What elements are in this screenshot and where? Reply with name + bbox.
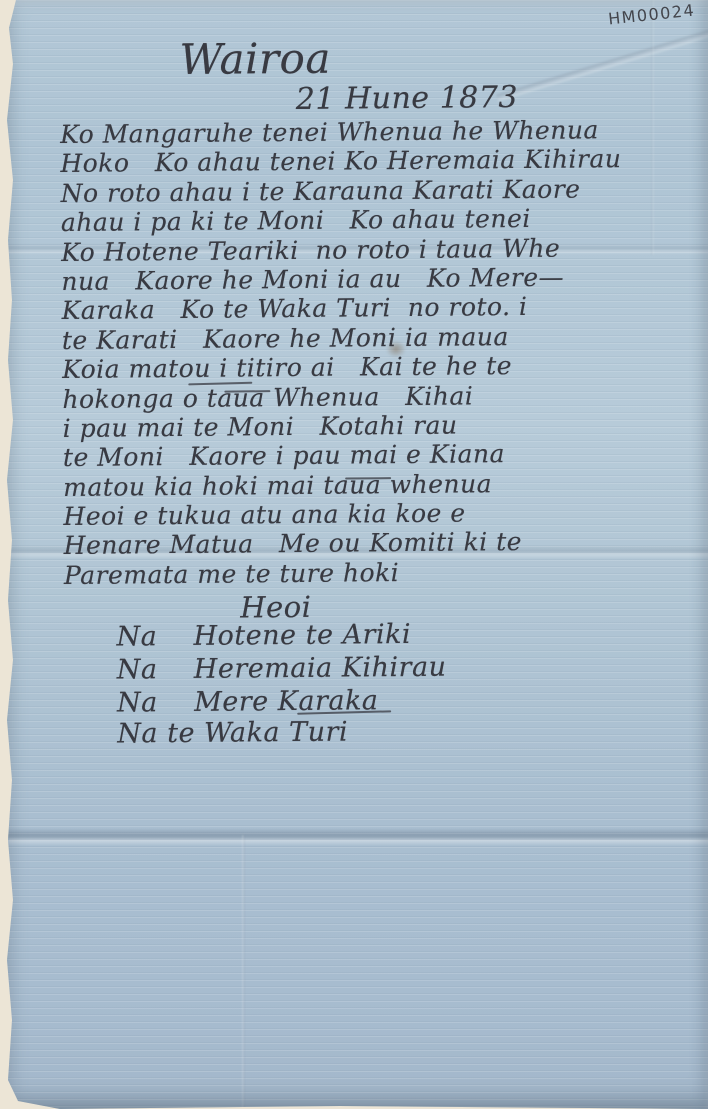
signature-line: Na te Waka Turi <box>117 717 348 750</box>
signature-line: Na Heremaia Kihirau <box>117 652 447 686</box>
signature-line: Na Hotene te Ariki <box>116 619 411 653</box>
scanned-letter-page: { "scan": { "archive_code": "HM00024" },… <box>0 0 708 1109</box>
ink-overline <box>345 477 391 479</box>
manuscript-line: Paremata me te ture hoki <box>64 555 704 590</box>
place-heading: Wairoa <box>179 34 331 84</box>
manuscript-text: Wairoa 21 Hune 1873 Ko Mangaruhe tenei W… <box>0 0 708 1109</box>
ink-overline <box>224 390 270 392</box>
letter-paper: Wairoa 21 Hune 1873 Ko Mangaruhe tenei W… <box>0 0 708 1109</box>
letter-body: Ko Mangaruhe tenei Whenua he Whenua Hoko… <box>60 114 704 590</box>
date-line: 21 Hune 1873 <box>296 80 518 117</box>
